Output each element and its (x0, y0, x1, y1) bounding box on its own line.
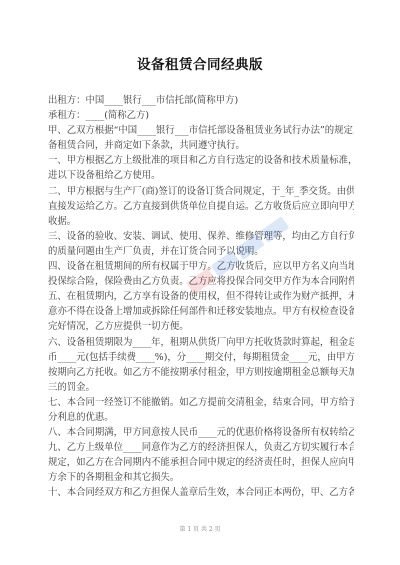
clause-7-line-2: 分利息的优惠。 (48, 410, 354, 425)
clause-2-line-2: 直接发运给乙方。乙方直接到供货单位自提自运。乙方收货后应立即向甲方开回设备 (48, 199, 354, 214)
clause-4-line-2: 投保综合险，保险费由乙方负责。乙方应将投保合同交甲方作为本合同附件。 (48, 274, 354, 289)
clause-5-line-3: 完好情况，乙方应提供一切方便。 (48, 319, 354, 334)
clause-9-line-2: 规定，如乙方在合同期内不能承担合同中规定的经济责任时，担保人应向甲方支付乙 (48, 455, 354, 470)
clause-9-line-3: 方余下的各期租金和其它损失。 (48, 470, 354, 485)
clause-6-line-4: 三的罚金。 (48, 380, 354, 395)
clause-1-line-2: 进以下设备租给乙方使用。 (48, 168, 354, 183)
document-page: 设备租赁合同经典版 出租方：中国____银行___市信托部(简称甲方) 承租方：… (0, 0, 400, 565)
clause-6-line-2: 币____元(包括手续费____%)，分____期交付，每期租赁金____元，由… (48, 350, 354, 365)
clause-1-line-1: 一、甲方根据乙方上级批准的项目和乙方自行选定的设备和技术质量标准，向____购 (48, 153, 354, 168)
clause-8-line-1: 八、本合同期满，甲方同意按人民币____元的优惠价格将设备所有权转给乙方。 (48, 425, 354, 440)
clause-10-line-1: 十、本合同经双方和乙方担保人盖章后生效，本合同正本两份，甲、乙方各执一份， (48, 485, 354, 500)
clause-2-line-1: 二、甲方根据与生产厂(商)签订的设备订货合同规定，于_年_季交货。由供货单位 (48, 184, 354, 199)
document-body: 出租方：中国____银行___市信托部(简称甲方) 承租方：____(简称乙方)… (48, 93, 354, 501)
page-number: 第 1 页 共 2 页 (0, 524, 400, 533)
preamble-line-1: 甲、乙双方根据“中国____银行___市信托部设备租赁业务试行办法”的规定，签订… (48, 123, 354, 138)
preamble-line-2: 备租赁合同，并商定如下条款，共同遵守执行。 (48, 138, 354, 153)
clause-2-line-3: 收据。 (48, 214, 354, 229)
party-b-line: 承租方：____(简称乙方) (48, 108, 354, 123)
clause-5-line-2: 意亦不得在设备上增加或拆除任何部件和迁移安装地点。甲方有权检查设备的使用和 (48, 304, 354, 319)
clause-3-line-1: 三、设备的验收、安装、调试、使用、保养、维修管理等，均由乙方自行负责。设备 (48, 229, 354, 244)
clause-7-line-1: 七、本合同一经签订不能撤销。如乙方提前交清租金，结束合同，甲方给予退还一部 (48, 395, 354, 410)
party-a-line: 出租方：中国____银行___市信托部(简称甲方) (48, 93, 354, 108)
clause-4-line-1: 四、设备在租赁期间的所有权属于甲方。乙方收货后，应以甲方名义向当地保险公司 (48, 259, 354, 274)
clause-6-line-3: 按期向乙方托收。如乙方不能按期承付租金，甲方则按逾期租金总额每天加收万分之 (48, 365, 354, 380)
clause-6-line-1: 六、设备租赁期限为____年，租期从供货厂向甲方托收货款时算起，租金总额为人民 (48, 335, 354, 350)
clause-5-line-1: 五、在租赁期内，乙方享有设备的使用权，但不得转让或作为财产抵押，未经甲方同 (48, 289, 354, 304)
clause-3-line-2: 的质量问题由生产厂负责，并在订货合同予以说明。 (48, 244, 354, 259)
document-title: 设备租赁合同经典版 (0, 53, 400, 73)
clause-9-line-1: 九、乙方上级单位____同意作为乙方的经济担保人，负责乙方切实履行本合同各条款 (48, 440, 354, 455)
